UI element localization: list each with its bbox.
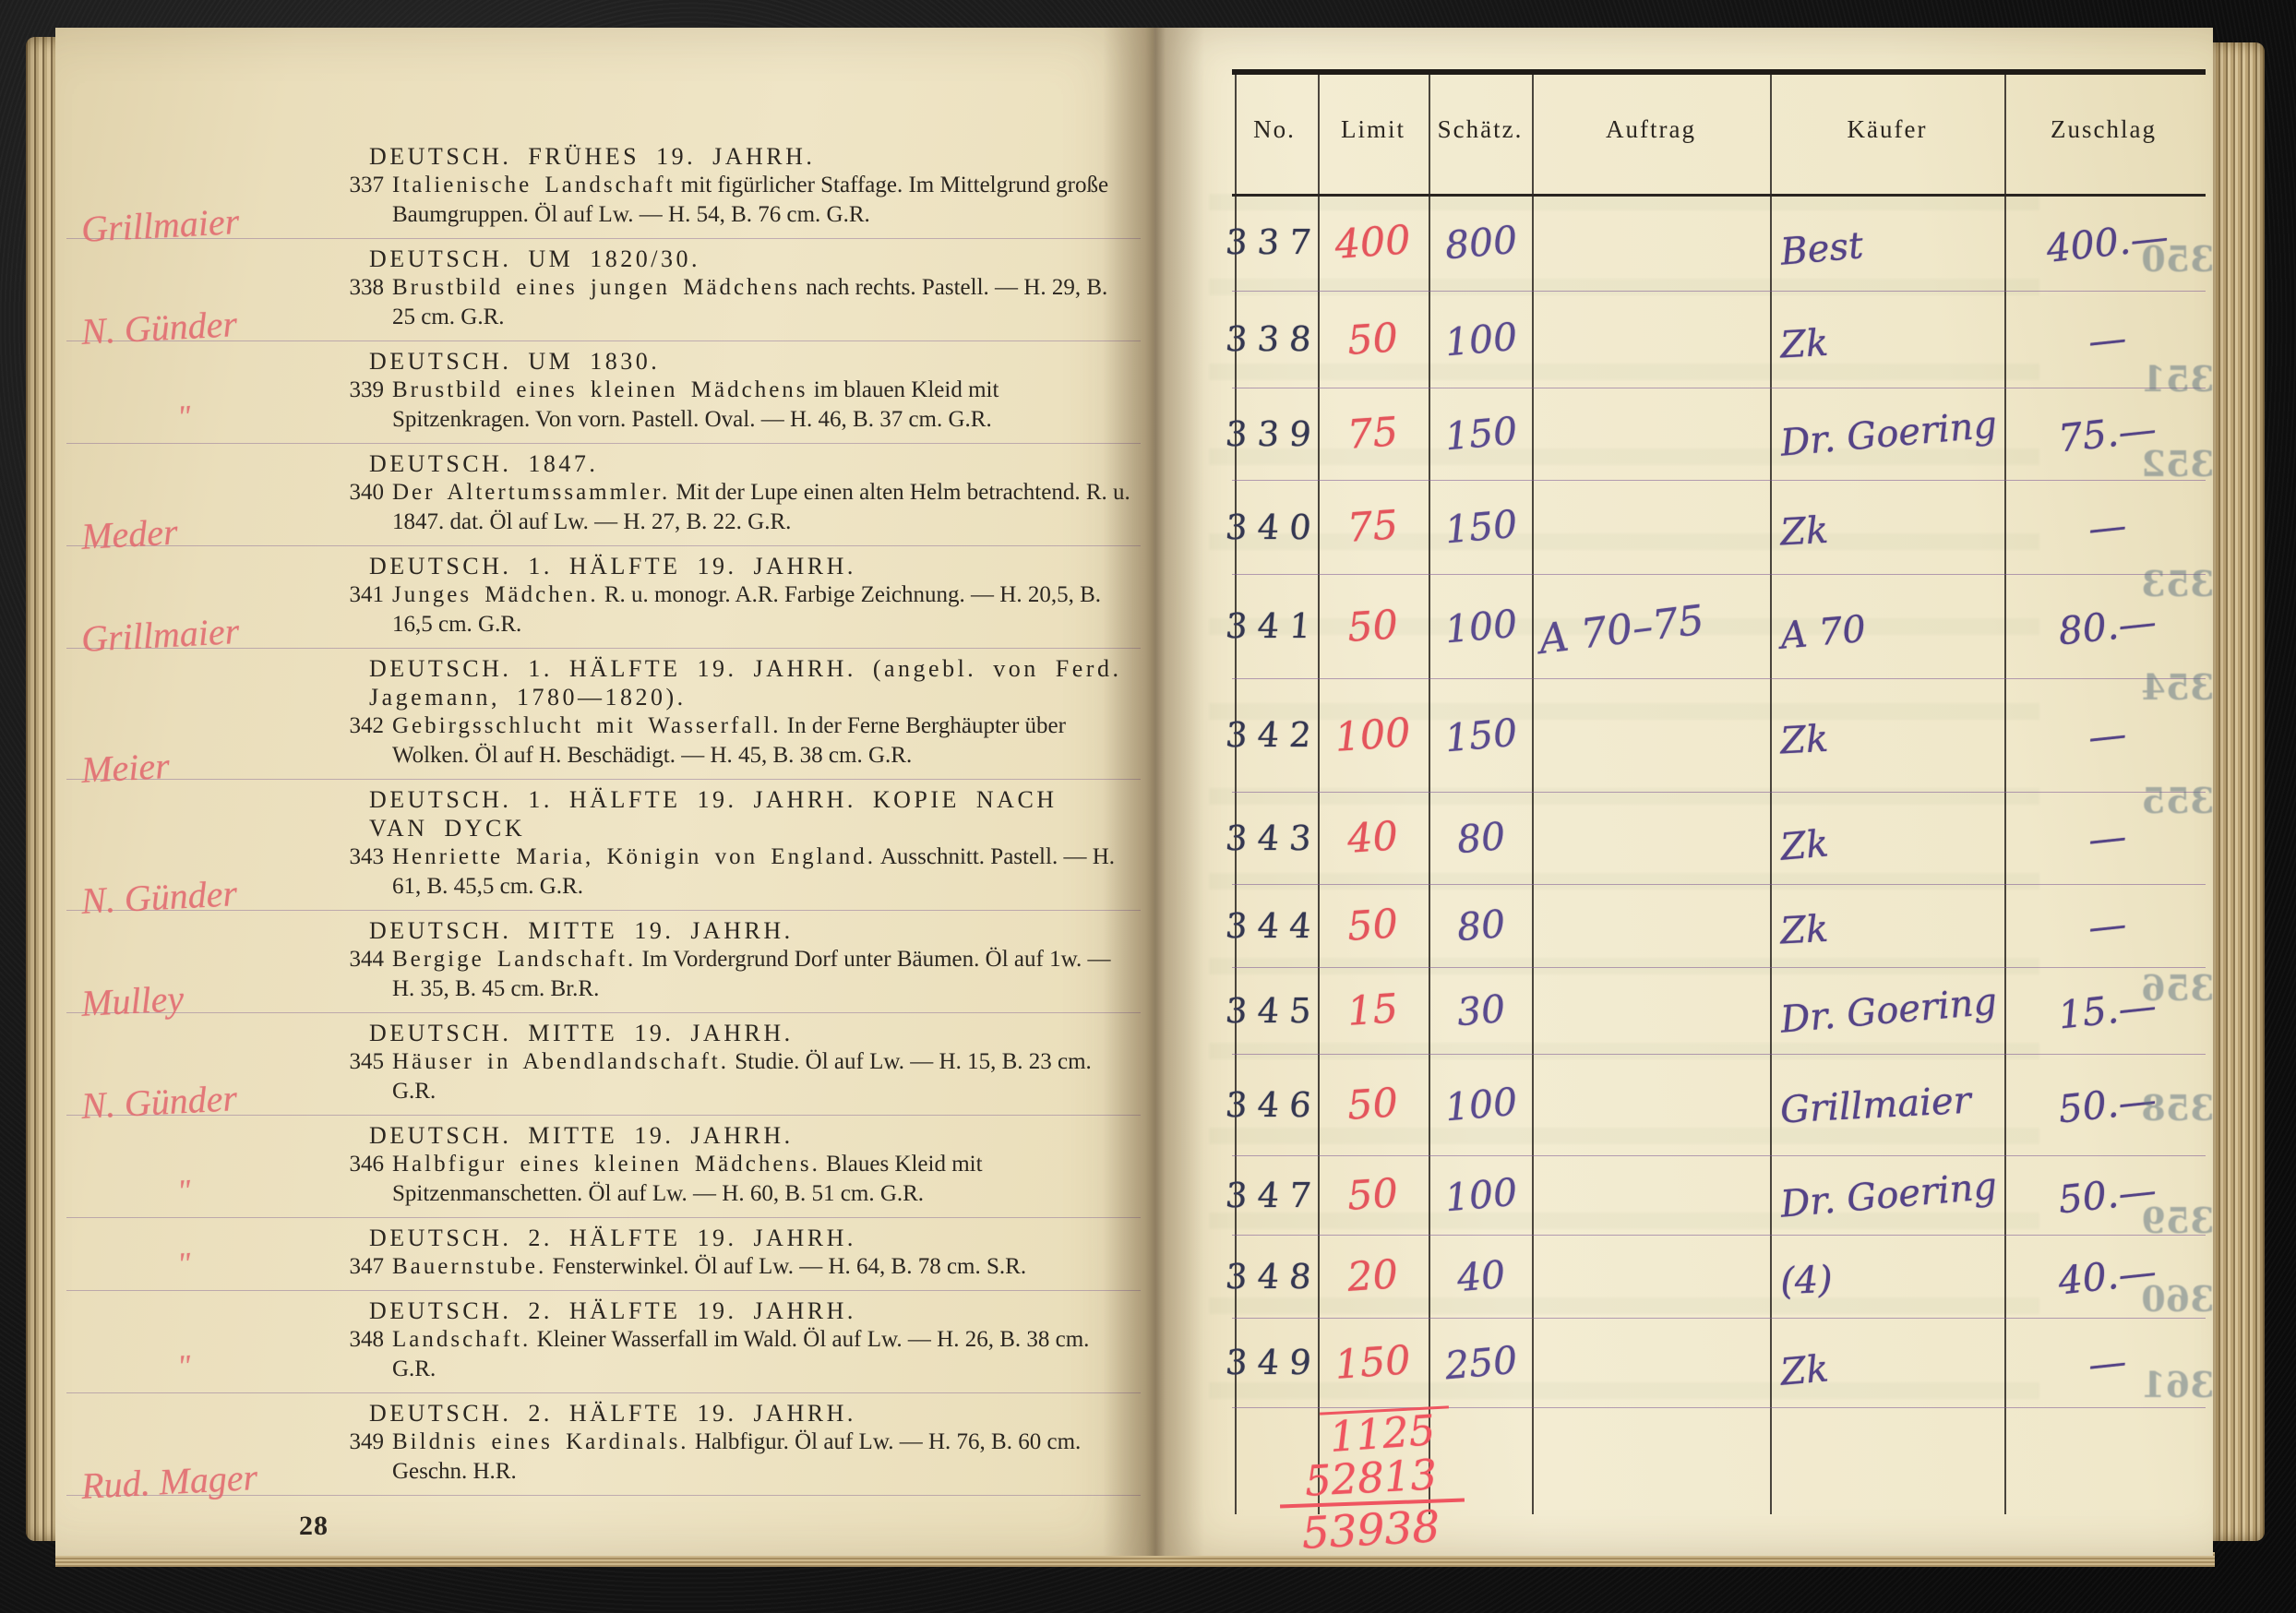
- entry-text: Bergige Landschaft. Im Vordergrund Dorf …: [392, 945, 1131, 1004]
- entry-school-header: DEUTSCH. UM 1820/30.: [369, 245, 1131, 273]
- cell-limit: 75: [1317, 384, 1429, 484]
- cell-limit: 50: [1316, 287, 1429, 391]
- lot-number: 344: [336, 945, 384, 1004]
- catalog-entry: " DEUTSCH. 2. HÄLFTE 19. JAHRH. 347 Baue…: [66, 1218, 1141, 1291]
- cell-kaeufer: Best: [1776, 184, 2013, 300]
- cell-kaeufer: Zk: [1778, 474, 2012, 580]
- lot-number: 342: [336, 711, 384, 771]
- catalog-entry: " DEUTSCH. MITTE 19. JAHRH. 346 Halbfigu…: [66, 1116, 1141, 1218]
- cell-schaetz: 40: [1424, 1230, 1537, 1322]
- lot-number: 338: [336, 273, 384, 332]
- carry-sum: 52813: [1285, 1449, 1458, 1507]
- catalog-entry: N. Günder DEUTSCH. UM 1820/30. 338 Brust…: [66, 239, 1141, 341]
- entry-school-header: DEUTSCH. 2. HÄLFTE 19. JAHRH.: [369, 1296, 1131, 1325]
- cell-schaetz: 250: [1424, 1313, 1538, 1412]
- entry-school-header: DEUTSCH. MITTE 19. JAHRH.: [369, 916, 1131, 945]
- entry-title: Halbfigur eines kleinen Mädchens.: [392, 1152, 820, 1177]
- bleedthrough-number: 359: [2141, 1200, 2215, 1241]
- entry-title: Brustbild eines kleinen Mädchens: [392, 377, 808, 402]
- cell-auftrag: [1534, 1304, 1774, 1421]
- cell-schaetz: 150: [1423, 674, 1539, 796]
- cell-schaetz: 150: [1424, 383, 1538, 484]
- bleedthrough-number: 358: [2141, 1087, 2215, 1129]
- cell-limit: 15: [1317, 963, 1429, 1057]
- cell-no: 337: [1227, 194, 1319, 291]
- cell-kaeufer: Zk: [1777, 673, 2012, 798]
- catalog-entry: Rud. Mager DEUTSCH. 2. HÄLFTE 19. JAHRH.…: [66, 1393, 1141, 1496]
- cell-schaetz: 800: [1424, 189, 1539, 295]
- ledger-row: 349 150 250 Zk —: [1232, 1318, 2206, 1408]
- entry-text: Bauernstube. Fensterwinkel. Öl auf Lw. —…: [392, 1252, 1131, 1282]
- cell-no: 340: [1228, 480, 1320, 574]
- entry-title: Henriette Maria, Königin von England.: [392, 844, 876, 869]
- cell-limit: 75: [1317, 476, 1429, 578]
- cell-no: 342: [1227, 678, 1321, 792]
- entry-school-header: DEUTSCH. MITTE 19. JAHRH.: [369, 1019, 1131, 1047]
- catalog-entry: Grillmaier DEUTSCH. 1. HÄLFTE 19. JAHRH.…: [66, 546, 1141, 649]
- cell-schaetz: 100: [1424, 286, 1539, 392]
- bleedthrough-number: 361: [2141, 1364, 2215, 1405]
- column-header-no: No.: [1234, 115, 1315, 144]
- catalog-page-left: Grillmaier DEUTSCH. FRÜHES 19. JAHRH. 33…: [55, 28, 1154, 1556]
- cell-limit: 50: [1316, 570, 1429, 682]
- entry-text: Bildnis eines Kardinals. Halbfigur. Öl a…: [392, 1428, 1131, 1487]
- bleedthrough-number: 350: [2141, 238, 2215, 280]
- catalog-entry: Meder DEUTSCH. 1847. 340 Der Altertumssa…: [66, 444, 1141, 546]
- entry-text: Brustbild eines kleinen Mädchens im blau…: [392, 376, 1131, 435]
- column-header-zuschlag: Zuschlag: [2004, 115, 2203, 144]
- lot-number: 345: [336, 1047, 384, 1106]
- cell-no: 341: [1227, 574, 1320, 678]
- entry-body: 346 Halbfigur eines kleinen Mädchens. Bl…: [336, 1150, 1131, 1209]
- catalog-entries: Grillmaier DEUTSCH. FRÜHES 19. JAHRH. 33…: [66, 137, 1141, 1542]
- cell-no: 338: [1227, 291, 1319, 388]
- entry-school-header: DEUTSCH. 1847.: [369, 449, 1131, 478]
- cell-limit: 100: [1316, 675, 1429, 795]
- cell-no: 344: [1228, 884, 1319, 967]
- ledger-row: 346 50 100 Grillmaier 50.—: [1232, 1054, 2206, 1156]
- entry-school-header: DEUTSCH. UM 1830.: [369, 347, 1131, 376]
- catalog-entry: Mulley DEUTSCH. MITTE 19. JAHRH. 344 Ber…: [66, 911, 1141, 1013]
- cell-no: 349: [1228, 1318, 1319, 1407]
- cell-schaetz: 150: [1424, 475, 1538, 579]
- entry-title: Bergige Landschaft.: [392, 947, 636, 972]
- ledger-row: 344 50 80 Zk —: [1232, 884, 2206, 968]
- cell-limit: 40: [1317, 788, 1429, 888]
- entry-text: Landschaft. Kleiner Wasserfall im Wald. …: [392, 1325, 1131, 1384]
- entry-title: Der Altertumssammler.: [392, 480, 670, 505]
- entry-body: 342 Gebirgsschlucht mit Wasserfall. In d…: [336, 711, 1131, 771]
- entry-text: Henriette Maria, Königin von England. Au…: [392, 842, 1131, 902]
- cell-kaeufer: Zk: [1776, 782, 2013, 893]
- ledger-row: 347 50 100 Dr. Goering 50.—: [1232, 1155, 2206, 1236]
- cell-schaetz: 80: [1424, 787, 1538, 889]
- column-header-schaetz: Schätz.: [1429, 115, 1532, 144]
- cell-no: 348: [1228, 1235, 1319, 1318]
- entry-title: Junges Mädchen.: [392, 582, 599, 607]
- entry-body: 345 Häuser in Abendlandschaft. Studie. Ö…: [336, 1047, 1131, 1106]
- catalog-entry: N. Günder DEUTSCH. 1. HÄLFTE 19. JAHRH. …: [66, 780, 1141, 911]
- table-top-rule: [1232, 69, 2206, 75]
- grand-total: 53938: [1275, 1500, 1467, 1561]
- entry-title: Gebirgsschlucht mit Wasserfall.: [392, 713, 782, 738]
- cell-limit: 400: [1316, 190, 1429, 294]
- entry-school-header: DEUTSCH. MITTE 19. JAHRH.: [369, 1121, 1131, 1150]
- entry-school-header: DEUTSCH. 1. HÄLFTE 19. JAHRH. KOPIE NACH…: [369, 785, 1131, 842]
- cell-kaeufer: Zk: [1778, 878, 2011, 974]
- cell-no: 346: [1227, 1054, 1320, 1155]
- cell-kaeufer: Zk: [1776, 1308, 2013, 1416]
- bleedthrough-number: 356: [2141, 967, 2215, 1009]
- lot-number: 340: [336, 478, 384, 537]
- ledger-page-right: No. Limit Schätz. Auftrag Käufer Zuschla…: [1154, 28, 2213, 1556]
- entry-school-header: DEUTSCH. 2. HÄLFTE 19. JAHRH.: [369, 1224, 1131, 1252]
- entry-body: 349 Bildnis eines Kardinals. Halbfigur. …: [336, 1428, 1131, 1487]
- auction-ledger-scan: Grillmaier DEUTSCH. FRÜHES 19. JAHRH. 33…: [0, 0, 2296, 1613]
- column-header-limit: Limit: [1318, 115, 1429, 144]
- cell-limit: 50: [1317, 880, 1429, 971]
- entry-text: Gebirgsschlucht mit Wasserfall. In der F…: [392, 711, 1131, 771]
- entry-school-header: DEUTSCH. FRÜHES 19. JAHRH.: [369, 142, 1131, 171]
- cell-limit: 50: [1317, 1152, 1429, 1238]
- lot-number: 341: [336, 580, 384, 639]
- entry-body: 339 Brustbild eines kleinen Mädchens im …: [336, 376, 1131, 435]
- bleedthrough-number: 353: [2141, 563, 2215, 604]
- entry-title: Bildnis eines Kardinals.: [392, 1429, 689, 1454]
- cell-kaeufer: Grillmaier: [1777, 1048, 2011, 1162]
- cell-no: 345: [1228, 967, 1319, 1054]
- catalog-entry: " DEUTSCH. UM 1830. 339 Brustbild eines …: [66, 341, 1141, 444]
- entry-body: 341 Junges Mädchen. R. u. monogr. A.R. F…: [336, 580, 1131, 639]
- cell-schaetz: 100: [1424, 1151, 1537, 1239]
- entry-text: Der Altertumssammler. Mit der Lupe einen…: [392, 478, 1131, 537]
- cell-no: 339: [1228, 388, 1320, 480]
- entry-school-header: DEUTSCH. 2. HÄLFTE 19. JAHRH.: [369, 1399, 1131, 1428]
- entry-body: 348 Landschaft. Kleiner Wasserfall im Wa…: [336, 1325, 1131, 1384]
- bleedthrough-number: 355: [2141, 780, 2215, 821]
- cell-kaeufer: Dr. Goering: [1776, 957, 2012, 1063]
- lot-number: 343: [336, 842, 384, 902]
- bleedthrough-number: 352: [2141, 443, 2215, 484]
- ledger-row: 343 40 80 Zk —: [1232, 792, 2206, 885]
- entry-body: 343 Henriette Maria, Königin von England…: [336, 842, 1131, 902]
- entry-body: 337 Italienische Landschaft mit figürlic…: [336, 171, 1131, 230]
- cell-limit: 20: [1317, 1231, 1429, 1321]
- lot-number: 349: [336, 1428, 384, 1487]
- cell-kaeufer: A 70: [1776, 564, 2014, 687]
- bleedthrough-number: 360: [2141, 1278, 2215, 1320]
- cell-no: 343: [1228, 792, 1320, 884]
- catalog-entry: Meier DEUTSCH. 1. HÄLFTE 19. JAHRH. (ang…: [66, 649, 1141, 780]
- entry-body: 340 Der Altertumssammler. Mit der Lupe e…: [336, 478, 1131, 537]
- ledger-row: 348 20 40 (4) 40.—: [1232, 1235, 2206, 1319]
- entry-body: 347 Bauernstube. Fensterwinkel. Öl auf L…: [336, 1252, 1131, 1282]
- cell-limit: 150: [1317, 1314, 1429, 1411]
- ledger-row: 340 75 150 Zk —: [1232, 480, 2206, 575]
- cell-kaeufer: (4): [1778, 1229, 2011, 1324]
- entry-title: Italienische Landschaft: [392, 173, 676, 197]
- cell-schaetz: 30: [1424, 962, 1538, 1058]
- cell-schaetz: 100: [1423, 1049, 1538, 1160]
- entry-text: Häuser in Abendlandschaft. Studie. Öl au…: [392, 1047, 1131, 1106]
- cell-no: 347: [1228, 1155, 1319, 1235]
- book-page-edges-right: [2213, 42, 2265, 1541]
- ledger-row: 345 15 30 Dr. Goering 15.—: [1232, 967, 2206, 1055]
- cell-kaeufer: Dr. Goering: [1776, 377, 2013, 489]
- entry-text: Brustbild eines jungen Mädchens nach rec…: [392, 273, 1131, 332]
- column-header-kaeufer: Käufer: [1770, 115, 2004, 144]
- column-header-auftrag: Auftrag: [1532, 115, 1770, 144]
- catalog-entry: " DEUTSCH. 2. HÄLFTE 19. JAHRH. 348 Land…: [66, 1291, 1141, 1393]
- entry-description: Fensterwinkel. Öl auf Lw. — H. 64, B. 78…: [546, 1254, 1026, 1279]
- entry-school-header: DEUTSCH. 1. HÄLFTE 19. JAHRH. (angebl. v…: [369, 654, 1131, 711]
- page-number: 28: [299, 1511, 1141, 1542]
- cell-kaeufer: Zk: [1777, 285, 2011, 394]
- bleedthrough-number: 351: [2141, 358, 2215, 400]
- entry-text: Junges Mädchen. R. u. monogr. A.R. Farbi…: [392, 580, 1131, 639]
- cell-schaetz: 80: [1424, 879, 1537, 972]
- cell-limit: 50: [1316, 1050, 1429, 1159]
- ledger-row: 341 50 100 A 70–75 A 70 80.—: [1232, 574, 2206, 679]
- entry-title: Häuser in Abendlandschaft.: [392, 1049, 729, 1074]
- catalog-entry: N. Günder DEUTSCH. MITTE 19. JAHRH. 345 …: [66, 1013, 1141, 1116]
- entry-text: Italienische Landschaft mit figürlicher …: [392, 171, 1131, 230]
- cell-schaetz: 100: [1423, 569, 1538, 683]
- ledger-row: 339 75 150 Dr. Goering 75.—: [1232, 388, 2206, 481]
- entry-school-header: DEUTSCH. 1. HÄLFTE 19. JAHRH.: [369, 552, 1131, 580]
- ledger-table: No. Limit Schätz. Auftrag Käufer Zuschla…: [1232, 69, 2213, 1546]
- entry-body: 338 Brustbild eines jungen Mädchens nach…: [336, 273, 1131, 332]
- entry-body: 344 Bergige Landschaft. Im Vordergrund D…: [336, 945, 1131, 1004]
- ledger-row: 337 400 800 Best 400.—: [1232, 194, 2206, 292]
- bleedthrough-number: 354: [2141, 666, 2215, 708]
- ledger-row: 342 100 150 Zk —: [1232, 678, 2206, 793]
- entry-text: Halbfigur eines kleinen Mädchens. Blaues…: [392, 1150, 1131, 1209]
- entry-title: Brustbild eines jungen Mädchens: [392, 275, 800, 300]
- ledger-row: 338 50 100 Zk —: [1232, 291, 2206, 388]
- catalog-entry: Grillmaier DEUTSCH. FRÜHES 19. JAHRH. 33…: [66, 137, 1141, 239]
- margin-buyer-note: Rud. Mager: [80, 1455, 327, 1505]
- lot-number: 337: [336, 171, 384, 230]
